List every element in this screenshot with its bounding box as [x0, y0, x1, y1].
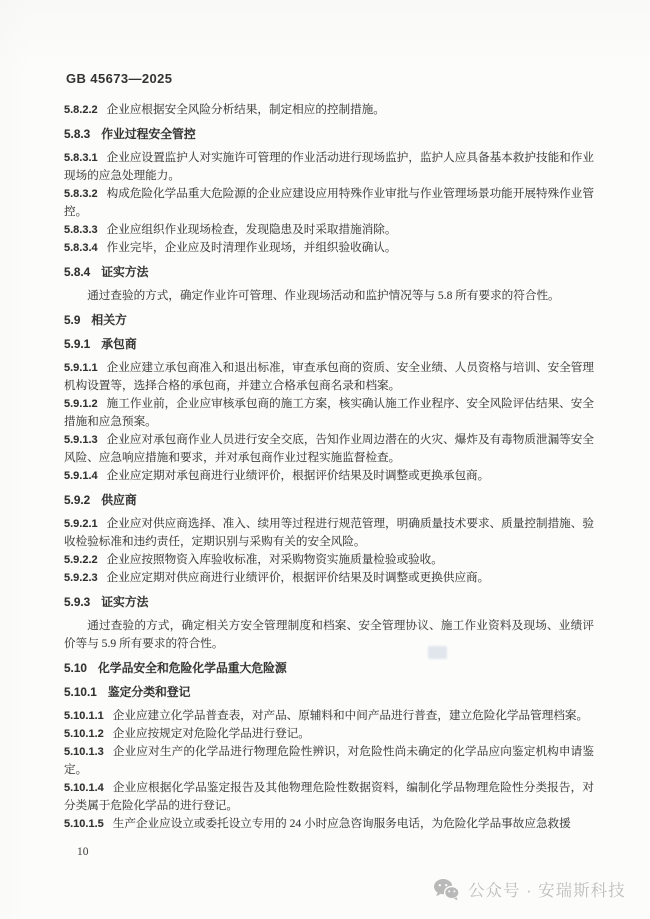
clause-paragraph: 5.8.3.3企业应组织作业现场检查，发现隐患及时采取措施消除。: [64, 221, 594, 239]
indented-paragraph: 通过查验的方式，确定相关方安全管理制度和档案、安全管理协议、施工作业资料及现场、…: [64, 617, 594, 653]
clause-text: 构成危险化学品重大危险源的企业应建设应用特殊作业审批与作业管理场景功能开展特殊作…: [64, 187, 594, 218]
watermark: 公众号 · 安瑞斯科技: [433, 877, 626, 901]
clause-paragraph: 5.10.1.3企业应对生产的化学品进行物理危险性辨识，对危险性尚未确定的化学品…: [64, 743, 594, 779]
standard-number: GB 45673—2025: [66, 71, 172, 86]
clause-number: 5.8.3.1: [64, 152, 98, 164]
clause-text: 鉴定分类和登记: [108, 685, 191, 699]
clause-text: 企业应定期对供应商进行业绩评价，根据评价结果及时调整或更换供应商。: [107, 571, 490, 584]
clause-paragraph: 5.10.1.5生产企业应设立或委托设立专用的 24 小时应急咨询服务电话，为危…: [64, 815, 594, 833]
clause-number: 5.9.2: [64, 493, 90, 507]
clause-text: 施工作业前，企业应审核承包商的施工方案，核实确认施工作业程序、安全风险评估结果、…: [64, 397, 594, 428]
clause-number: 5.9.2.1: [64, 518, 98, 530]
clause-number: 5.9.3: [64, 595, 90, 609]
clause-paragraph: 5.8.3.2构成危险化学品重大危险源的企业应建设应用特殊作业审批与作业管理场景…: [64, 185, 594, 221]
clause-paragraph: 5.10.1.2企业应按规定对危险化学品进行登记。: [64, 725, 594, 743]
watermark-text: 公众号 · 安瑞斯科技: [468, 877, 626, 901]
clause-paragraph: 5.9.1.1企业应建立承包商准入和退出标准，审查承包商的资质、安全业绩、人员资…: [64, 359, 594, 395]
clause-number: 5.8.3: [64, 127, 90, 141]
clause-text: 企业应对生产的化学品进行物理危险性辨识，对危险性尚未确定的化学品应向鉴定机构申请…: [64, 745, 594, 776]
clause-text: 企业应根据化学品鉴定报告及其他物理危险性数据资料，编制化学品物理危险性分类报告，…: [64, 781, 594, 812]
clause-number: 5.8.3.3: [64, 224, 98, 236]
clause-number: 5.8.4: [64, 265, 90, 279]
document-page: GB 45673—2025 5.8.2.2企业应根据安全风险分析结果，制定相应的…: [0, 0, 650, 919]
clause-paragraph: 5.9.2.1企业应对供应商选择、准入、续用等过程进行规范管理，明确质量技术要求…: [64, 515, 594, 551]
clause-text: 化学品安全和危险化学品重大危险源: [98, 661, 287, 675]
section-heading: 5.9.1承包商: [64, 335, 594, 353]
clause-paragraph: 5.9.1.2施工作业前，企业应审核承包商的施工方案，核实确认施工作业程序、安全…: [64, 395, 594, 431]
clause-number: 5.10.1.4: [64, 782, 104, 794]
clause-number: 5.9.1.1: [64, 362, 98, 374]
clause-number: 5.9.1: [64, 337, 90, 351]
clause-text: 企业应设置监护人对实施许可管理的作业活动进行现场监护，监护人应具备基本救护技能和…: [64, 151, 594, 182]
section-heading: 5.10.1鉴定分类和登记: [64, 683, 594, 701]
clause-number: 5.10.1.1: [64, 710, 104, 722]
clause-paragraph: 5.9.1.4企业应定期对承包商进行业绩评价，根据评价结果及时调整或更换承包商。: [64, 467, 594, 485]
clause-text: 供应商: [101, 493, 136, 507]
clause-paragraph: 5.8.2.2企业应根据安全风险分析结果，制定相应的控制措施。: [64, 101, 594, 119]
section-heading: 5.8.3作业过程安全管控: [64, 125, 594, 143]
clause-paragraph: 5.8.3.1企业应设置监护人对实施许可管理的作业活动进行现场监护，监护人应具备…: [64, 149, 594, 185]
clause-text: 企业应建立化学品普查表，对产品、原辅料和中间产品进行普查，建立危险化学品管理档案…: [113, 709, 588, 722]
clause-paragraph: 5.8.3.4作业完毕，企业应及时清理作业现场，并组织验收确认。: [64, 239, 594, 257]
section-heading: 5.9.2供应商: [64, 491, 594, 509]
clause-text: 企业应组织作业现场检查，发现隐患及时采取措施消除。: [107, 223, 397, 236]
clause-text: 企业应定期对承包商进行业绩评价，根据评价结果及时调整或更换承包商。: [107, 469, 490, 482]
clause-number: 5.10.1.2: [64, 728, 104, 740]
section-heading: 5.8.4证实方法: [64, 263, 594, 281]
clause-text: 企业应对承包商作业人员进行安全交底，告知作业周边潜在的火灾、爆炸及有毒物质泄漏等…: [64, 433, 594, 464]
clause-paragraph: 5.9.1.3企业应对承包商作业人员进行安全交底，告知作业周边潜在的火灾、爆炸及…: [64, 431, 594, 467]
clause-text: 企业应按照物资入库验收标准，对采购物资实施质量检验或验收。: [107, 553, 443, 566]
clause-number: 5.9: [64, 313, 80, 327]
clause-text: 承包商: [101, 337, 136, 351]
indented-paragraph: 通过查验的方式，确定作业许可管理、作业现场活动和监护情况等与 5.8 所有要求的…: [64, 287, 594, 305]
wechat-icon: [433, 878, 460, 901]
clause-number: 5.8.3.4: [64, 242, 98, 254]
clause-number: 5.10.1.5: [64, 818, 104, 830]
clause-text: 证实方法: [101, 265, 148, 279]
clause-text: 通过查验的方式，确定作业许可管理、作业现场活动和监护情况等与 5.8 所有要求的…: [87, 289, 559, 302]
clause-number: 5.10.1.3: [64, 746, 104, 758]
clause-number: 5.10.1: [64, 685, 97, 699]
section-heading: 5.10化学品安全和危险化学品重大危险源: [64, 659, 594, 677]
clause-text: 相关方: [91, 313, 126, 327]
clause-number: 5.10: [64, 661, 87, 675]
section-heading: 5.9相关方: [64, 311, 594, 329]
clause-number: 5.8.2.2: [64, 104, 98, 116]
clause-text: 作业过程安全管控: [101, 127, 195, 141]
clause-paragraph: 5.9.2.3企业应定期对供应商进行业绩评价，根据评价结果及时调整或更换供应商。: [64, 569, 594, 587]
clause-text: 通过查验的方式，确定相关方安全管理制度和档案、安全管理协议、施工作业资料及现场、…: [64, 619, 594, 650]
clause-text: 生产企业应设立或委托设立专用的 24 小时应急咨询服务电话，为危险化学品事故应急…: [113, 817, 571, 830]
clause-paragraph: 5.10.1.1企业应建立化学品普查表，对产品、原辅料和中间产品进行普查，建立危…: [64, 707, 594, 725]
clause-paragraph: 5.10.1.4企业应根据化学品鉴定报告及其他物理危险性数据资料，编制化学品物理…: [64, 779, 594, 815]
clause-text: 企业应建立承包商准入和退出标准，审查承包商的资质、安全业绩、人员资格与培训、安全…: [64, 361, 594, 392]
clause-number: 5.9.1.3: [64, 434, 98, 446]
clause-text: 证实方法: [101, 595, 148, 609]
clause-number: 5.9.2.3: [64, 572, 98, 584]
clause-number: 5.9.2.2: [64, 554, 98, 566]
section-heading: 5.9.3证实方法: [64, 593, 594, 611]
clause-text: 作业完毕，企业应及时清理作业现场，并组织验收确认。: [107, 241, 397, 254]
scan-artifact: [428, 646, 447, 659]
clause-number: 5.9.1.2: [64, 398, 98, 410]
clause-number: 5.9.1.4: [64, 470, 98, 482]
clause-text: 企业应根据安全风险分析结果，制定相应的控制措施。: [107, 103, 385, 116]
clause-paragraph: 5.9.2.2企业应按照物资入库验收标准，对采购物资实施质量检验或验收。: [64, 551, 594, 569]
clause-text: 企业应对供应商选择、准入、续用等过程进行规范管理，明确质量技术要求、质量控制措施…: [64, 517, 594, 548]
clause-text: 企业应按规定对危险化学品进行登记。: [113, 727, 310, 740]
document-body: 5.8.2.2企业应根据安全风险分析结果，制定相应的控制措施。5.8.3作业过程…: [64, 101, 594, 833]
clause-number: 5.8.3.2: [64, 188, 98, 200]
page-number: 10: [77, 846, 89, 858]
